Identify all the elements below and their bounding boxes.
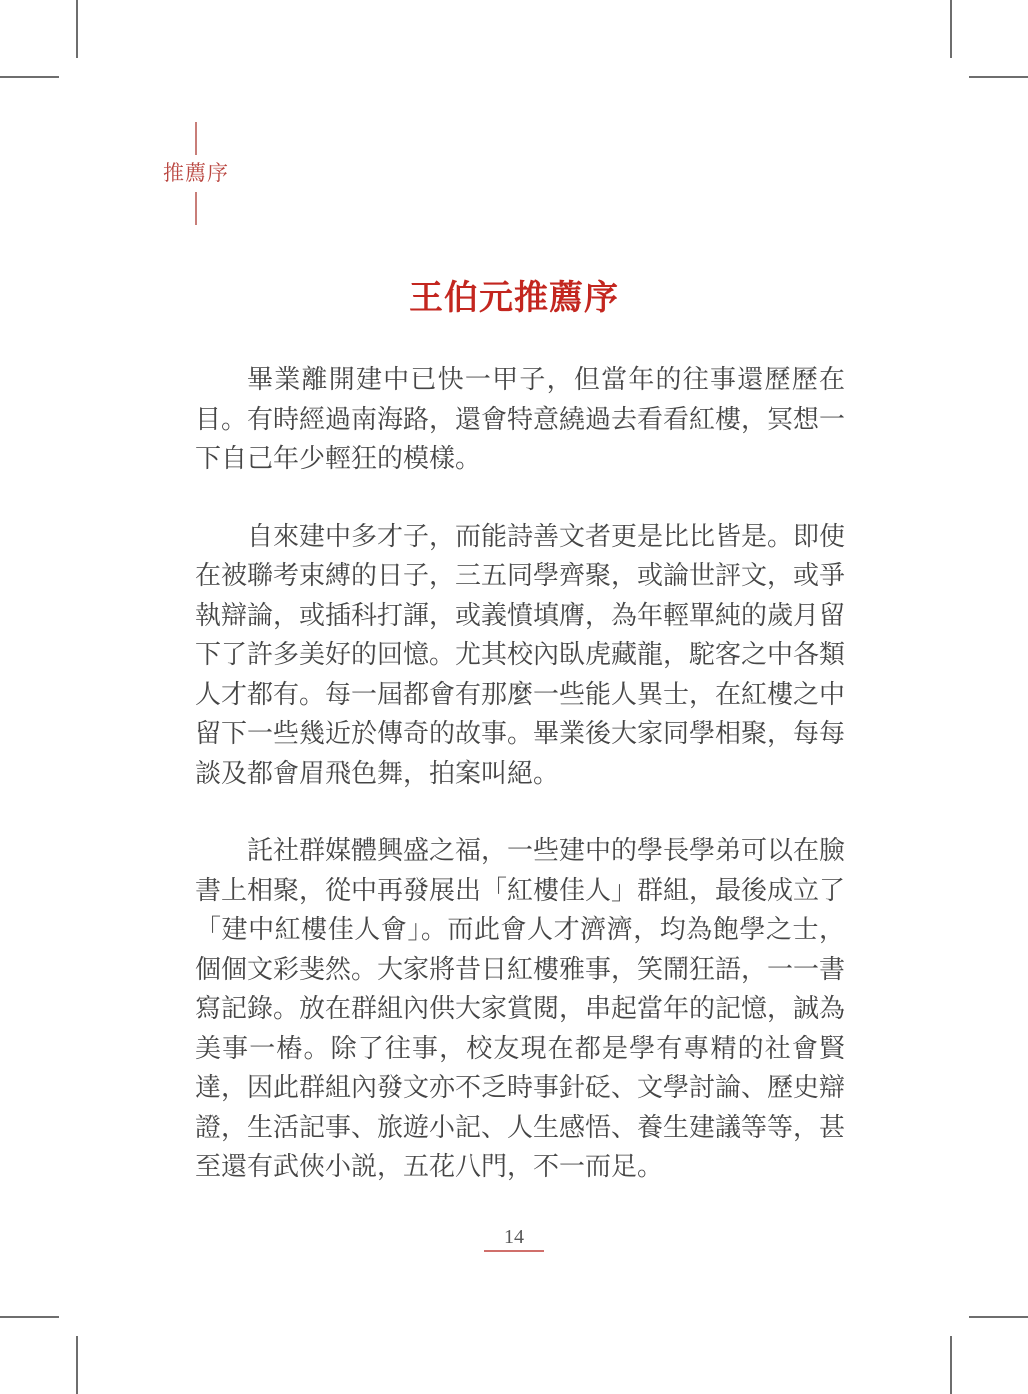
chapter-marker-line-bottom [195,192,197,225]
page-footer: 14 [0,1227,1028,1252]
paragraph-3: 託社群媒體興盛之福，一些建中的學長學弟可以在臉書上相聚，從中再發展出「紅樓佳人」… [195,831,845,1187]
crop-mark-bottom-right-horizontal [969,1316,1028,1318]
book-page: 推薦序 王伯元推薦序 畢業離開建中已快一甲子，但當年的往事還歷歷在目。有時經過南… [0,0,1028,1394]
crop-mark-top-left-horizontal [0,76,59,78]
page-title: 王伯元推薦序 [0,281,1028,315]
page-number-underline [484,1250,544,1252]
crop-mark-bottom-right-vertical [950,1336,952,1394]
crop-mark-bottom-left-horizontal [0,1316,59,1318]
crop-mark-bottom-left-vertical [76,1336,78,1394]
chapter-label: 推薦序 [160,163,232,184]
chapter-marker-line-top [195,122,197,155]
crop-mark-top-left-vertical [76,0,78,58]
page-number: 14 [504,1227,524,1247]
chapter-marker: 推薦序 [160,122,232,225]
body-text: 畢業離開建中已快一甲子，但當年的往事還歷歷在目。有時經過南海路，還會特意繞過去看… [195,360,845,1187]
paragraph-2: 自來建中多才子，而能詩善文者更是比比皆是。即使在被聯考束縛的日子，三五同學齊聚，… [195,517,845,794]
crop-mark-top-right-vertical [950,0,952,58]
paragraph-1: 畢業離開建中已快一甲子，但當年的往事還歷歷在目。有時經過南海路，還會特意繞過去看… [195,360,845,479]
crop-mark-top-right-horizontal [969,76,1028,78]
